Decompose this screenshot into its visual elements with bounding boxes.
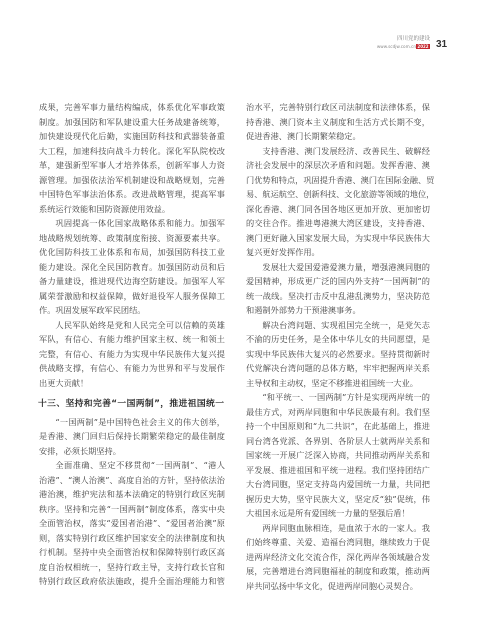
text-line: 实现中华民族伟大复兴的必然要求。坚持贯彻新时 xyxy=(246,347,430,362)
text-line: “和平统一、一国两制”方针是实现两岸统一的 xyxy=(246,390,430,405)
left-column-upper: 成果，完善军事力量结构编成，体系优化军事政策 制度。加强国防和军队建设重大任务战… xyxy=(39,100,225,390)
text-line: 爱国精神，形成更广泛的国内外支持“一国两制”的 xyxy=(246,274,430,289)
text-line: 治港”、“澳人治澳”、高度自治的方针，坚持依法治 xyxy=(39,473,225,488)
text-line: 澳门更好融入国家发展大局，为实现中华民族伟大 xyxy=(246,231,430,246)
text-line: “一国两制”是中国特色社会主义的伟大创举， xyxy=(39,415,225,430)
text-line: 军队，有信心、有能力维护国家主权、统一和领土 xyxy=(39,332,225,347)
text-line: 治水平，完善特别行政区司法制度和法律体系，保 xyxy=(246,100,430,115)
text-line: 两岸同胞血脉相连，是血浓于水的一家人。我 xyxy=(246,521,430,536)
text-line: 握历史大势，坚守民族大义，坚定反“独”促统，伟 xyxy=(246,492,430,507)
text-line: 岸共同弘扬中华文化，促进两岸同胞心灵契合。 xyxy=(246,579,430,594)
text-line: 安排，必须长期坚持。 xyxy=(39,444,225,459)
text-line: 统一战线。坚决打击反中乱港乱澳势力，坚决防范 xyxy=(246,289,430,304)
text-line: 作。巩固发展军政军民团结。 xyxy=(39,303,225,318)
text-line: 进两岸经济文化交流合作，深化两岸各领域融合发 xyxy=(246,550,430,565)
text-line: 供战略支撑，有信心、有能力为世界和平与发展作 xyxy=(39,361,225,376)
section-heading: 十三、坚持和完善“一国两制”，推进祖国统一 xyxy=(38,397,224,412)
text-line: 源管理。加强依法治军机制建设和战略规划，完善 xyxy=(39,173,225,188)
text-line: 同台湾各党派、各界别、各阶层人士就两岸关系和 xyxy=(246,434,430,449)
text-line: 大祖国永远是所有爱国统一力量的坚强后盾！ xyxy=(246,506,430,521)
text-line: 发展壮大爱国爱港爱澳力量，增强港澳同胞的 xyxy=(246,260,430,275)
text-line: 秩序。坚持和完善“一国两制”制度体系，落实中央 xyxy=(39,502,225,517)
text-line: 展，完善增进台湾同胞福祉的制度和政策，推动两 xyxy=(246,564,430,579)
text-line: 大工程，加速科技向战斗力转化。深化军队院校改 xyxy=(39,144,225,159)
text-line: 是香港、澳门回归后保持长期繁荣稳定的最佳制度 xyxy=(39,429,225,444)
text-line: 解决台湾问题、实现祖国完全统一，是党矢志 xyxy=(246,318,430,333)
text-line: 港治澳，维护宪法和基本法确定的特别行政区宪制 xyxy=(39,487,225,502)
right-column: 治水平，完善特别行政区司法制度和法律体系，保 持香港、澳门资本主义制度和生活方式… xyxy=(246,100,430,593)
year-badge: 2022 xyxy=(416,44,430,49)
text-line: 度自治权相统一，坚持行政主导，支持行政长官和 xyxy=(39,560,225,575)
text-line: 能力建设。深化全民国防教育。加强国防动员和后 xyxy=(39,260,225,275)
text-line: 加快建设现代化后勤，实施国防科技和武器装备重 xyxy=(39,129,225,144)
text-line: 易、航运航空、创新科技、文化旅游等领域的地位， xyxy=(246,187,430,202)
text-line: 深化香港、澳门同各国各地区更加开放、更加密切 xyxy=(246,202,430,217)
text-line: 系统运行效能和国防资源使用效益。 xyxy=(39,202,225,217)
text-line: 们始终尊重、关爱、造福台湾同胞，继续致力于促 xyxy=(246,535,430,550)
text-line: 国家统一开展广泛深入协商，共同推动两岸关系和 xyxy=(246,448,430,463)
text-line: 最佳方式，对两岸同胞和中华民族最有利。我们坚 xyxy=(246,405,430,420)
text-line: 济社会发展中的深层次矛盾和问题。发挥香港、澳 xyxy=(246,158,430,173)
text-line: 地战略规划统筹、政策制度衔接、资源要素共享。 xyxy=(39,231,225,246)
text-line: 支持香港、澳门发展经济、改善民生、破解经 xyxy=(246,144,430,159)
text-line: 中国特色军事法治体系。改进战略管理，提高军事 xyxy=(39,187,225,202)
text-line: 促进香港、澳门长期繁荣稳定。 xyxy=(246,129,430,144)
text-line: 则，落实特别行政区维护国家安全的法律制度和执 xyxy=(39,531,225,546)
text-line: 平发展、推进祖国和平统一进程。我们坚持团结广 xyxy=(246,463,430,478)
text-line: 出更大贡献！ xyxy=(39,376,225,391)
text-line: 和遏制外部势力干预港澳事务。 xyxy=(246,303,430,318)
left-column-lower: “一国两制”是中国特色社会主义的伟大创举， 是香港、澳门回归后保持长期繁荣稳定的… xyxy=(39,415,225,589)
text-line: 代党解决台湾问题的总体方略，牢牢把握两岸关系 xyxy=(246,361,430,376)
text-line: 革，建强新型军事人才培养体系，创新军事人力资 xyxy=(39,158,225,173)
magazine-title: 四川党的建设 xyxy=(397,36,430,43)
website-url: www.scdjw.com.cn xyxy=(377,44,416,50)
text-line: 行机制。坚持中央全面管治权和保障特别行政区高 xyxy=(39,545,225,560)
text-line: 门优势和特点，巩固提升香港、澳门在国际金融、贸 xyxy=(246,173,430,188)
text-line: 特别行政区政府依法施政，提升全面治理能力和管 xyxy=(39,574,225,589)
text-line: 人民军队始终是党和人民完全可以信赖的英雄 xyxy=(39,318,225,333)
text-line: 完整，有信心、有能力为实现中华民族伟大复兴提 xyxy=(39,347,225,362)
text-line: 主导权和主动权，坚定不移推进祖国统一大业。 xyxy=(246,376,430,391)
text-line: 复兴更好发挥作用。 xyxy=(246,245,430,260)
text-line: 的交往合作。推进粤港澳大湾区建设，支持香港、 xyxy=(246,216,430,231)
text-line: 全面管治权，落实“爱国者治港”、“爱国者治澳”原 xyxy=(39,516,225,531)
text-line: 大台湾同胞，坚定支持岛内爱国统一力量，共同把 xyxy=(246,477,430,492)
text-line: 制度。加强国防和军队建设重大任务战建备统筹， xyxy=(39,115,225,130)
text-line: 属荣誉激励和权益保障，做好退役军人服务保障工 xyxy=(39,289,225,304)
text-line: 不渝的历史任务，是全体中华儿女的共同愿望，是 xyxy=(246,332,430,347)
text-line: 优化国防科技工业体系和布局，加强国防科技工业 xyxy=(39,245,225,260)
text-line: 持香港、澳门资本主义制度和生活方式长期不变， xyxy=(246,115,430,130)
text-line: 备力量建设，推进现代边海空防建设。加强军人军 xyxy=(39,274,225,289)
text-line: 全面准确、坚定不移贯彻“一国两制”、“港人 xyxy=(39,458,225,473)
page-number: 31 xyxy=(436,39,447,50)
text-line: 持一个中国原则和“九二共识”，在此基础上，推进 xyxy=(246,419,430,434)
text-line: 成果，完善军事力量结构编成，体系优化军事政策 xyxy=(39,100,225,115)
text-line: 巩固提高一体化国家战略体系和能力。加强军 xyxy=(39,216,225,231)
